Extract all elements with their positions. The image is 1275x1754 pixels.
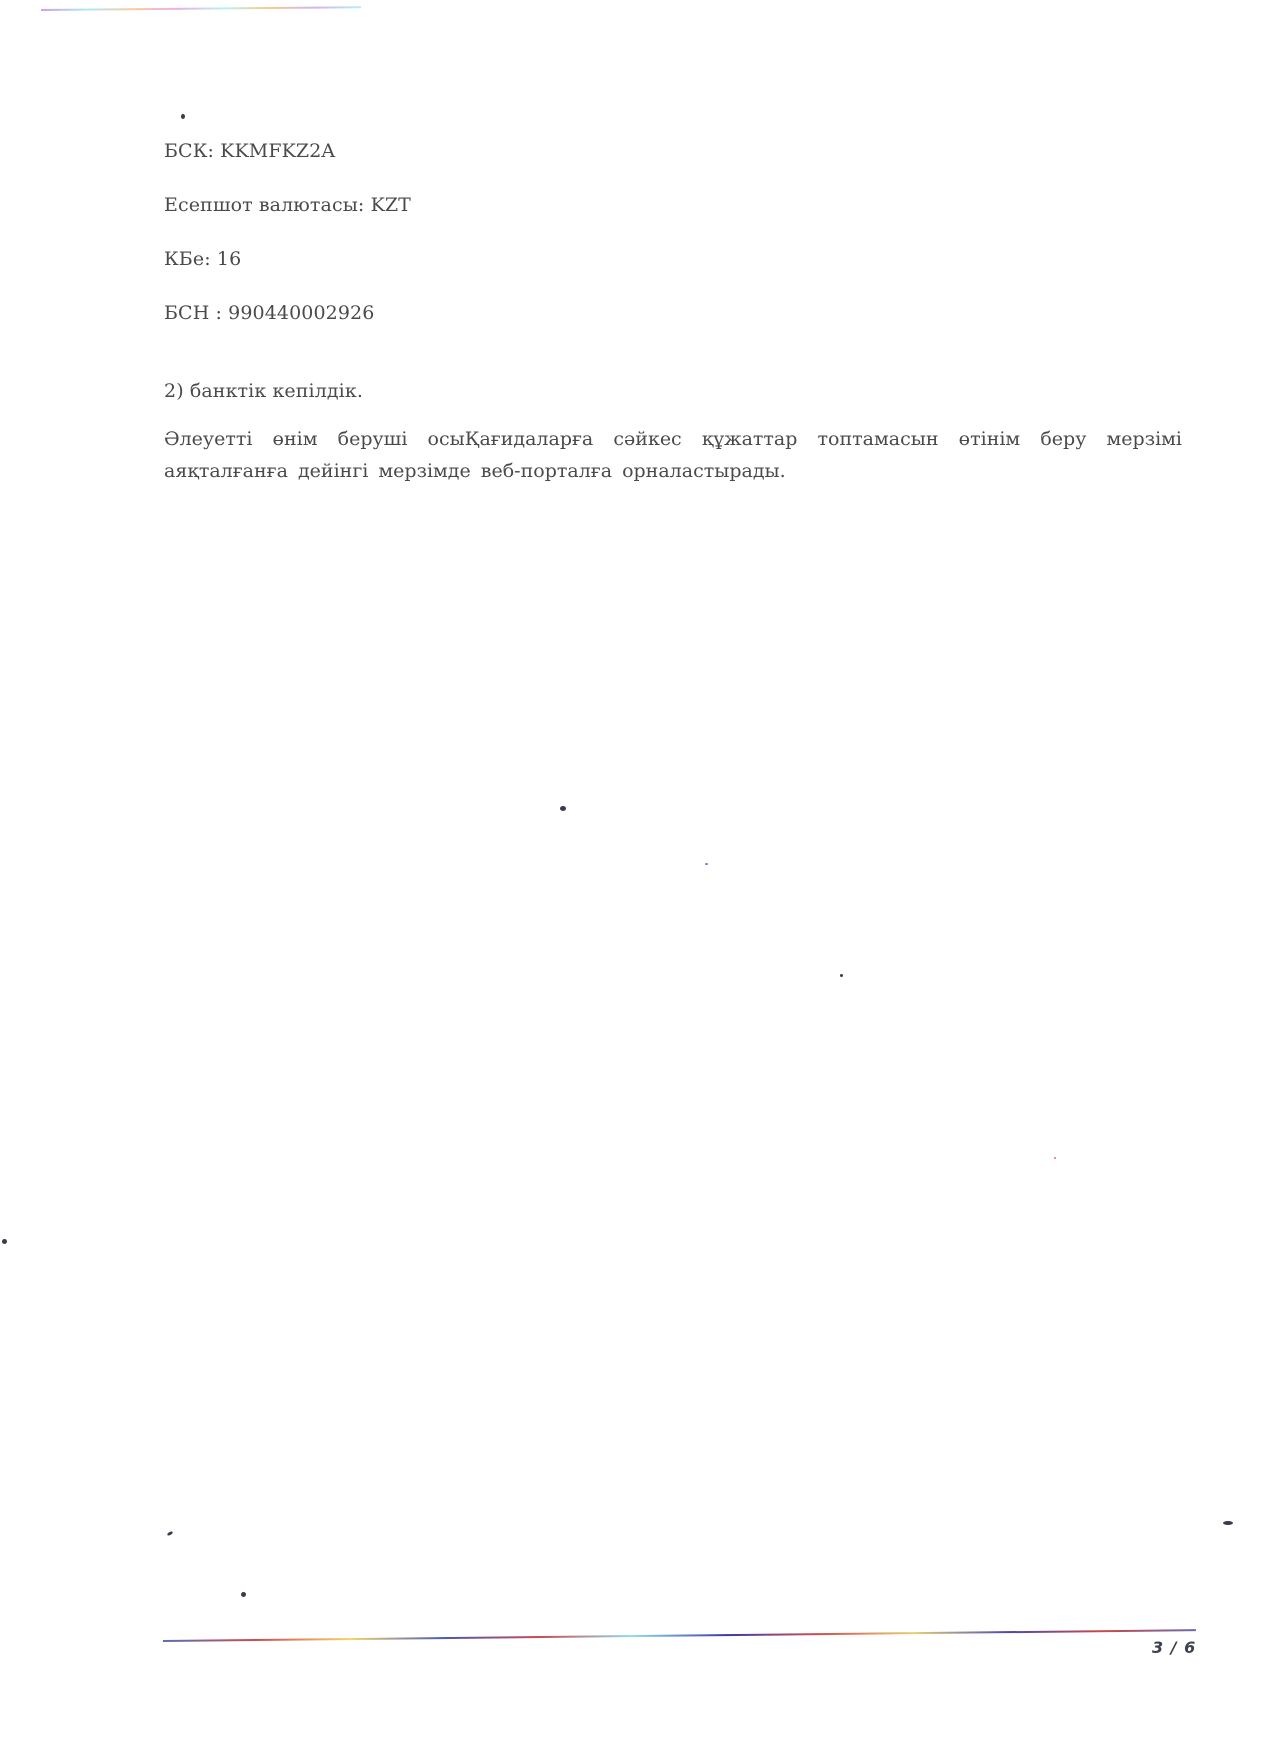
field-separator: : [209, 302, 228, 324]
bank-field-bin: БСН : 990440002926 [164, 302, 374, 324]
list-item-bank-guarantee: 2) банктік кепілдік. [164, 380, 363, 402]
field-label: БСН [164, 302, 209, 324]
body-paragraph: Әлеуетті өнім беруші осыҚағидаларға сәйк… [164, 423, 1182, 487]
footer-rule [163, 1629, 1196, 1642]
field-value: KZT [371, 194, 411, 216]
scan-speck [1223, 1521, 1233, 1525]
bank-field-kbe: КБе: 16 [164, 248, 241, 270]
scan-artifact-line [41, 6, 361, 11]
page-number: 3 / 6 [1152, 1638, 1196, 1657]
field-separator: : [208, 140, 221, 162]
field-label: БСК [164, 140, 208, 162]
scan-speck [705, 863, 708, 865]
field-value: 16 [217, 248, 241, 270]
field-value: 990440002926 [228, 302, 374, 324]
scan-speck [1054, 1157, 1056, 1159]
field-label: КБе [164, 248, 204, 270]
field-value: KKMFKZ2A [220, 140, 335, 162]
document-page: БСК: KKMFKZ2A Есепшот валютасы: KZT КБе:… [0, 0, 1275, 1754]
scan-speck [840, 974, 843, 977]
bank-field-bic: БСК: KKMFKZ2A [164, 140, 335, 162]
scan-speck [167, 1531, 174, 1537]
scan-speck [181, 114, 185, 119]
field-separator: : [204, 248, 217, 270]
scan-speck [241, 1592, 246, 1597]
scan-speck [2, 1239, 7, 1244]
field-label: Есепшот валютасы [164, 194, 358, 216]
field-separator: : [358, 194, 371, 216]
bank-field-currency: Есепшот валютасы: KZT [164, 194, 411, 216]
scan-speck [560, 806, 566, 811]
